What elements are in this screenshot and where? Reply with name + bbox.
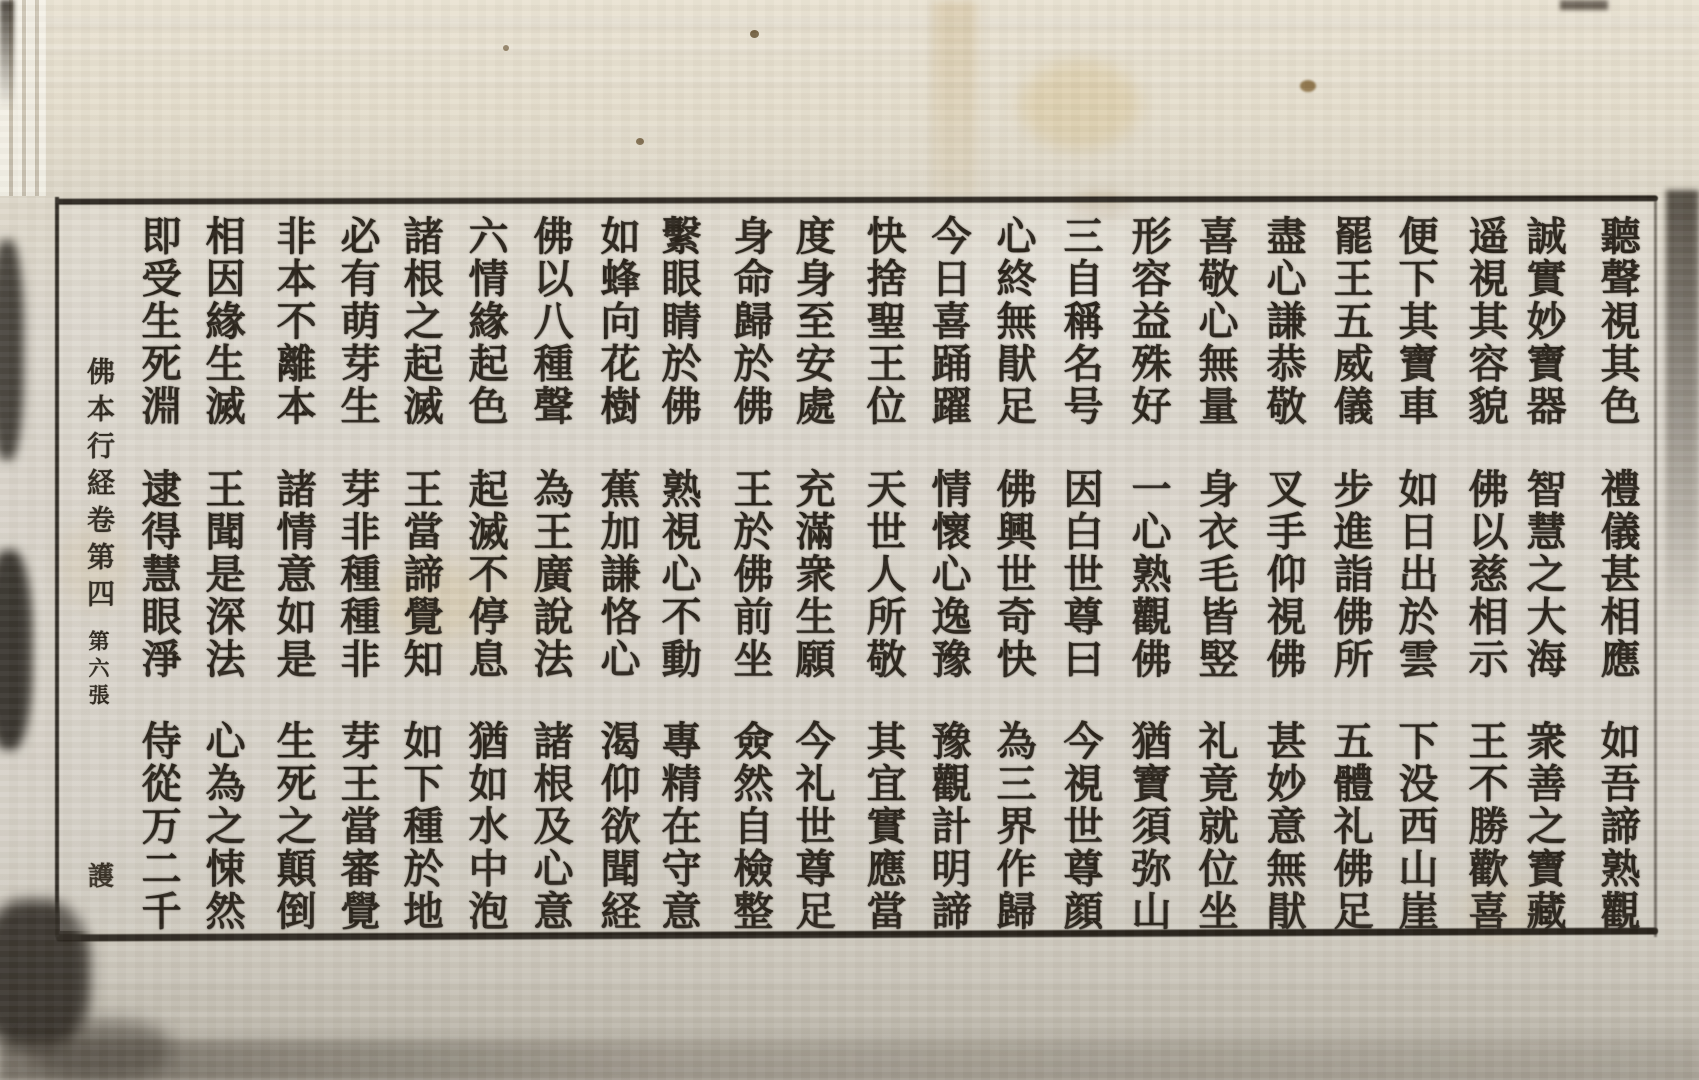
- verse-phrase: 遥視其容貌: [1465, 215, 1505, 428]
- verse-phrase: 必有萌芽生: [337, 215, 377, 428]
- verse-phrase: 如日出於雲: [1395, 468, 1435, 681]
- verse-phrase: 王不勝歡喜: [1465, 720, 1505, 933]
- verse-column: 誠實妙寶器智慧之大海衆善之寶藏: [1515, 215, 1571, 933]
- verse-phrase: 繫眼睛於佛: [658, 215, 698, 428]
- verse-phrase: 佛以慈相示: [1465, 468, 1505, 681]
- verse-column: 今日喜踊躍情懷心逸豫豫觀計明諦: [920, 215, 976, 933]
- paper-crease: [0, 78, 1699, 88]
- verse-phrase: 叉手仰視佛: [1263, 468, 1303, 681]
- verse-phrase: 情懷心逸豫: [928, 468, 968, 681]
- verse-column: 形容益殊好一心熟觀佛猶寶須弥山: [1120, 215, 1176, 933]
- verse-phrase: 如吾諦熟觀: [1597, 720, 1637, 933]
- verse-phrase: 心為之悚然: [202, 720, 242, 933]
- verse-column: 聽聲視其色禮儀甚相應如吾諦熟觀: [1589, 215, 1645, 933]
- verse-phrase: 如下種於地: [400, 720, 440, 933]
- verse-phrase: 智慧之大海: [1523, 468, 1563, 681]
- engraver-mark: 護: [88, 856, 114, 893]
- verse-column: 快捨聖王位天世人所敬其宜實應當: [855, 215, 911, 933]
- verse-column: 如蜂向花樹蕉加謙恪心渴仰欲聞経: [589, 215, 645, 933]
- verse-phrase: 衆善之寶藏: [1523, 720, 1563, 933]
- verse-phrase: 五體礼佛足: [1330, 720, 1370, 933]
- verse-phrase: 如蜂向花樹: [597, 215, 637, 428]
- verse-phrase: 身命歸於佛: [730, 215, 770, 428]
- verse-phrase: 其宜實應當: [863, 720, 903, 933]
- verse-phrase: 豫觀計明諦: [928, 720, 968, 933]
- title-column: 佛本行経卷第四 第六張: [78, 357, 118, 711]
- verse-phrase: 逮得慧眼淨: [138, 468, 178, 681]
- verse-phrase: 相因緣生滅: [202, 215, 242, 428]
- ink-smudge: [0, 550, 32, 750]
- verse-phrase: 快捨聖王位: [863, 215, 903, 428]
- verse-phrase: 三自稱名号: [1060, 215, 1100, 428]
- verse-phrase: 喜敬心無量: [1195, 215, 1235, 428]
- verse-column: 必有萌芽生芽非種種非芽王當審覺: [329, 215, 385, 933]
- verse-column: 遥視其容貌佛以慈相示王不勝歡喜: [1457, 215, 1513, 933]
- verse-phrase: 六情緣起色: [465, 215, 505, 428]
- verse-phrase: 身衣毛皆竪: [1195, 468, 1235, 681]
- verse-column: 繫眼睛於佛熟視心不動專精在守意: [650, 215, 706, 933]
- verse-phrase: 專精在守意: [658, 720, 698, 933]
- verse-column: 便下其寶車如日出於雲下没西山崖: [1387, 215, 1443, 933]
- verse-phrase: 諸情意如是: [273, 468, 313, 681]
- verse-phrase: 王於佛前坐: [730, 468, 770, 681]
- verse-column: 佛以八種聲為王廣說法諸根及心意: [522, 215, 578, 933]
- verse-column: 即受生死淵逮得慧眼淨侍從万二千: [130, 215, 186, 933]
- page-edge-shadow: [1666, 190, 1699, 640]
- frame-border-right: [1654, 197, 1657, 937]
- verse-phrase: 形容益殊好: [1128, 215, 1168, 428]
- stacked-page-edges: [0, 0, 46, 196]
- verse-phrase: 佛興世奇快: [993, 468, 1033, 681]
- verse-phrase: 為王廣說法: [530, 468, 570, 681]
- verse-column: 罷王五威儀步進詣佛所五體礼佛足: [1322, 215, 1378, 933]
- verse-phrase: 猶如水中泡: [465, 720, 505, 933]
- page-edge-shadow: [1560, 0, 1608, 10]
- verse-column: 諸根之起滅王當諦覺知如下種於地: [392, 215, 448, 933]
- paper-crease: [0, 126, 1699, 136]
- verse-phrase: 王當諦覺知: [400, 468, 440, 681]
- rust-speck: [503, 45, 509, 51]
- verse-phrase: 天世人所敬: [863, 468, 903, 681]
- verse-phrase: 非本不離本: [273, 215, 313, 428]
- verse-phrase: 熟視心不動: [658, 468, 698, 681]
- rust-speck: [636, 138, 644, 145]
- verse-phrase: 因白世尊曰: [1060, 468, 1100, 681]
- verse-phrase: 礼竟就位坐: [1195, 720, 1235, 933]
- verse-phrase: 充滿衆生願: [792, 468, 832, 681]
- verse-phrase: 侍從万二千: [138, 720, 178, 933]
- verse-phrase: 起滅不停息: [465, 468, 505, 681]
- rust-speck: [750, 30, 759, 38]
- verse-phrase: 心終無猒足: [993, 215, 1033, 428]
- verse-phrase: 今礼世尊足: [792, 720, 832, 933]
- verse-column: 喜敬心無量身衣毛皆竪礼竟就位坐: [1187, 215, 1243, 933]
- verse-phrase: 罷王五威儀: [1330, 215, 1370, 428]
- verse-phrase: 猶寶須弥山: [1128, 720, 1168, 933]
- verse-phrase: 即受生死淵: [138, 215, 178, 428]
- verse-column: 三自稱名号因白世尊曰今視世尊顔: [1052, 215, 1108, 933]
- paper-stain: [1020, 60, 1140, 150]
- verse-column: 盡心謙恭敬叉手仰視佛甚妙意無猒: [1255, 215, 1311, 933]
- verse-phrase: 僉然自檢整: [730, 720, 770, 933]
- bottom-shadow: [0, 1040, 1699, 1080]
- paper-crease: [0, 975, 1699, 985]
- verse-phrase: 度身至安處: [792, 215, 832, 428]
- verse-column: 身命歸於佛王於佛前坐僉然自檢整: [722, 215, 778, 933]
- page-edge-shadow: [0, 0, 14, 110]
- verse-phrase: 芽非種種非: [337, 468, 377, 681]
- verse-phrase: 今日喜踊躍: [928, 215, 968, 428]
- sheet-number: 第六張: [83, 630, 113, 711]
- frame-border-left: [55, 197, 59, 937]
- verse-phrase: 生死之顛倒: [273, 720, 313, 933]
- verse-phrase: 渴仰欲聞経: [597, 720, 637, 933]
- water-stain: [933, 0, 977, 196]
- verse-phrase: 一心熟觀佛: [1128, 468, 1168, 681]
- ink-smudge: [0, 240, 24, 460]
- verse-column: 心終無猒足佛興世奇快為三界作歸: [985, 215, 1041, 933]
- verse-phrase: 佛以八種聲: [530, 215, 570, 428]
- verse-phrase: 諸根之起滅: [400, 215, 440, 428]
- verse-phrase: 芽王當審覺: [337, 720, 377, 933]
- verse-column: 度身至安處充滿衆生願今礼世尊足: [784, 215, 840, 933]
- verse-column: 相因緣生滅王聞是深法心為之悚然: [194, 215, 250, 933]
- verse-phrase: 為三界作歸: [993, 720, 1033, 933]
- scroll-title: 佛本行経卷第四: [78, 357, 118, 616]
- verse-phrase: 便下其寶車: [1395, 215, 1435, 428]
- rust-speck: [1300, 80, 1316, 92]
- paper-crease: [0, 1012, 1699, 1022]
- paper-crease: [0, 18, 1699, 28]
- verse-phrase: 諸根及心意: [530, 720, 570, 933]
- verse-phrase: 盡心謙恭敬: [1263, 215, 1303, 428]
- verse-phrase: 王聞是深法: [202, 468, 242, 681]
- verse-phrase: 聽聲視其色: [1597, 215, 1637, 428]
- verse-phrase: 誠實妙寶器: [1523, 215, 1563, 428]
- ink-smudge: [30, 1020, 170, 1080]
- scanned-sutra-page: 聽聲視其色禮儀甚相應如吾諦熟觀誠實妙寶器智慧之大海衆善之寶藏遥視其容貌佛以慈相示…: [0, 0, 1699, 1080]
- verse-phrase: 今視世尊顔: [1060, 720, 1100, 933]
- verse-phrase: 甚妙意無猒: [1263, 720, 1303, 933]
- verse-phrase: 步進詣佛所: [1330, 468, 1370, 681]
- verse-phrase: 下没西山崖: [1395, 720, 1435, 933]
- verse-column: 六情緣起色起滅不停息猶如水中泡: [457, 215, 513, 933]
- verse-phrase: 禮儀甚相應: [1597, 468, 1637, 681]
- verse-phrase: 蕉加謙恪心: [597, 468, 637, 681]
- paper-crease: [0, 46, 1699, 56]
- verse-column: 非本不離本諸情意如是生死之顛倒: [265, 215, 321, 933]
